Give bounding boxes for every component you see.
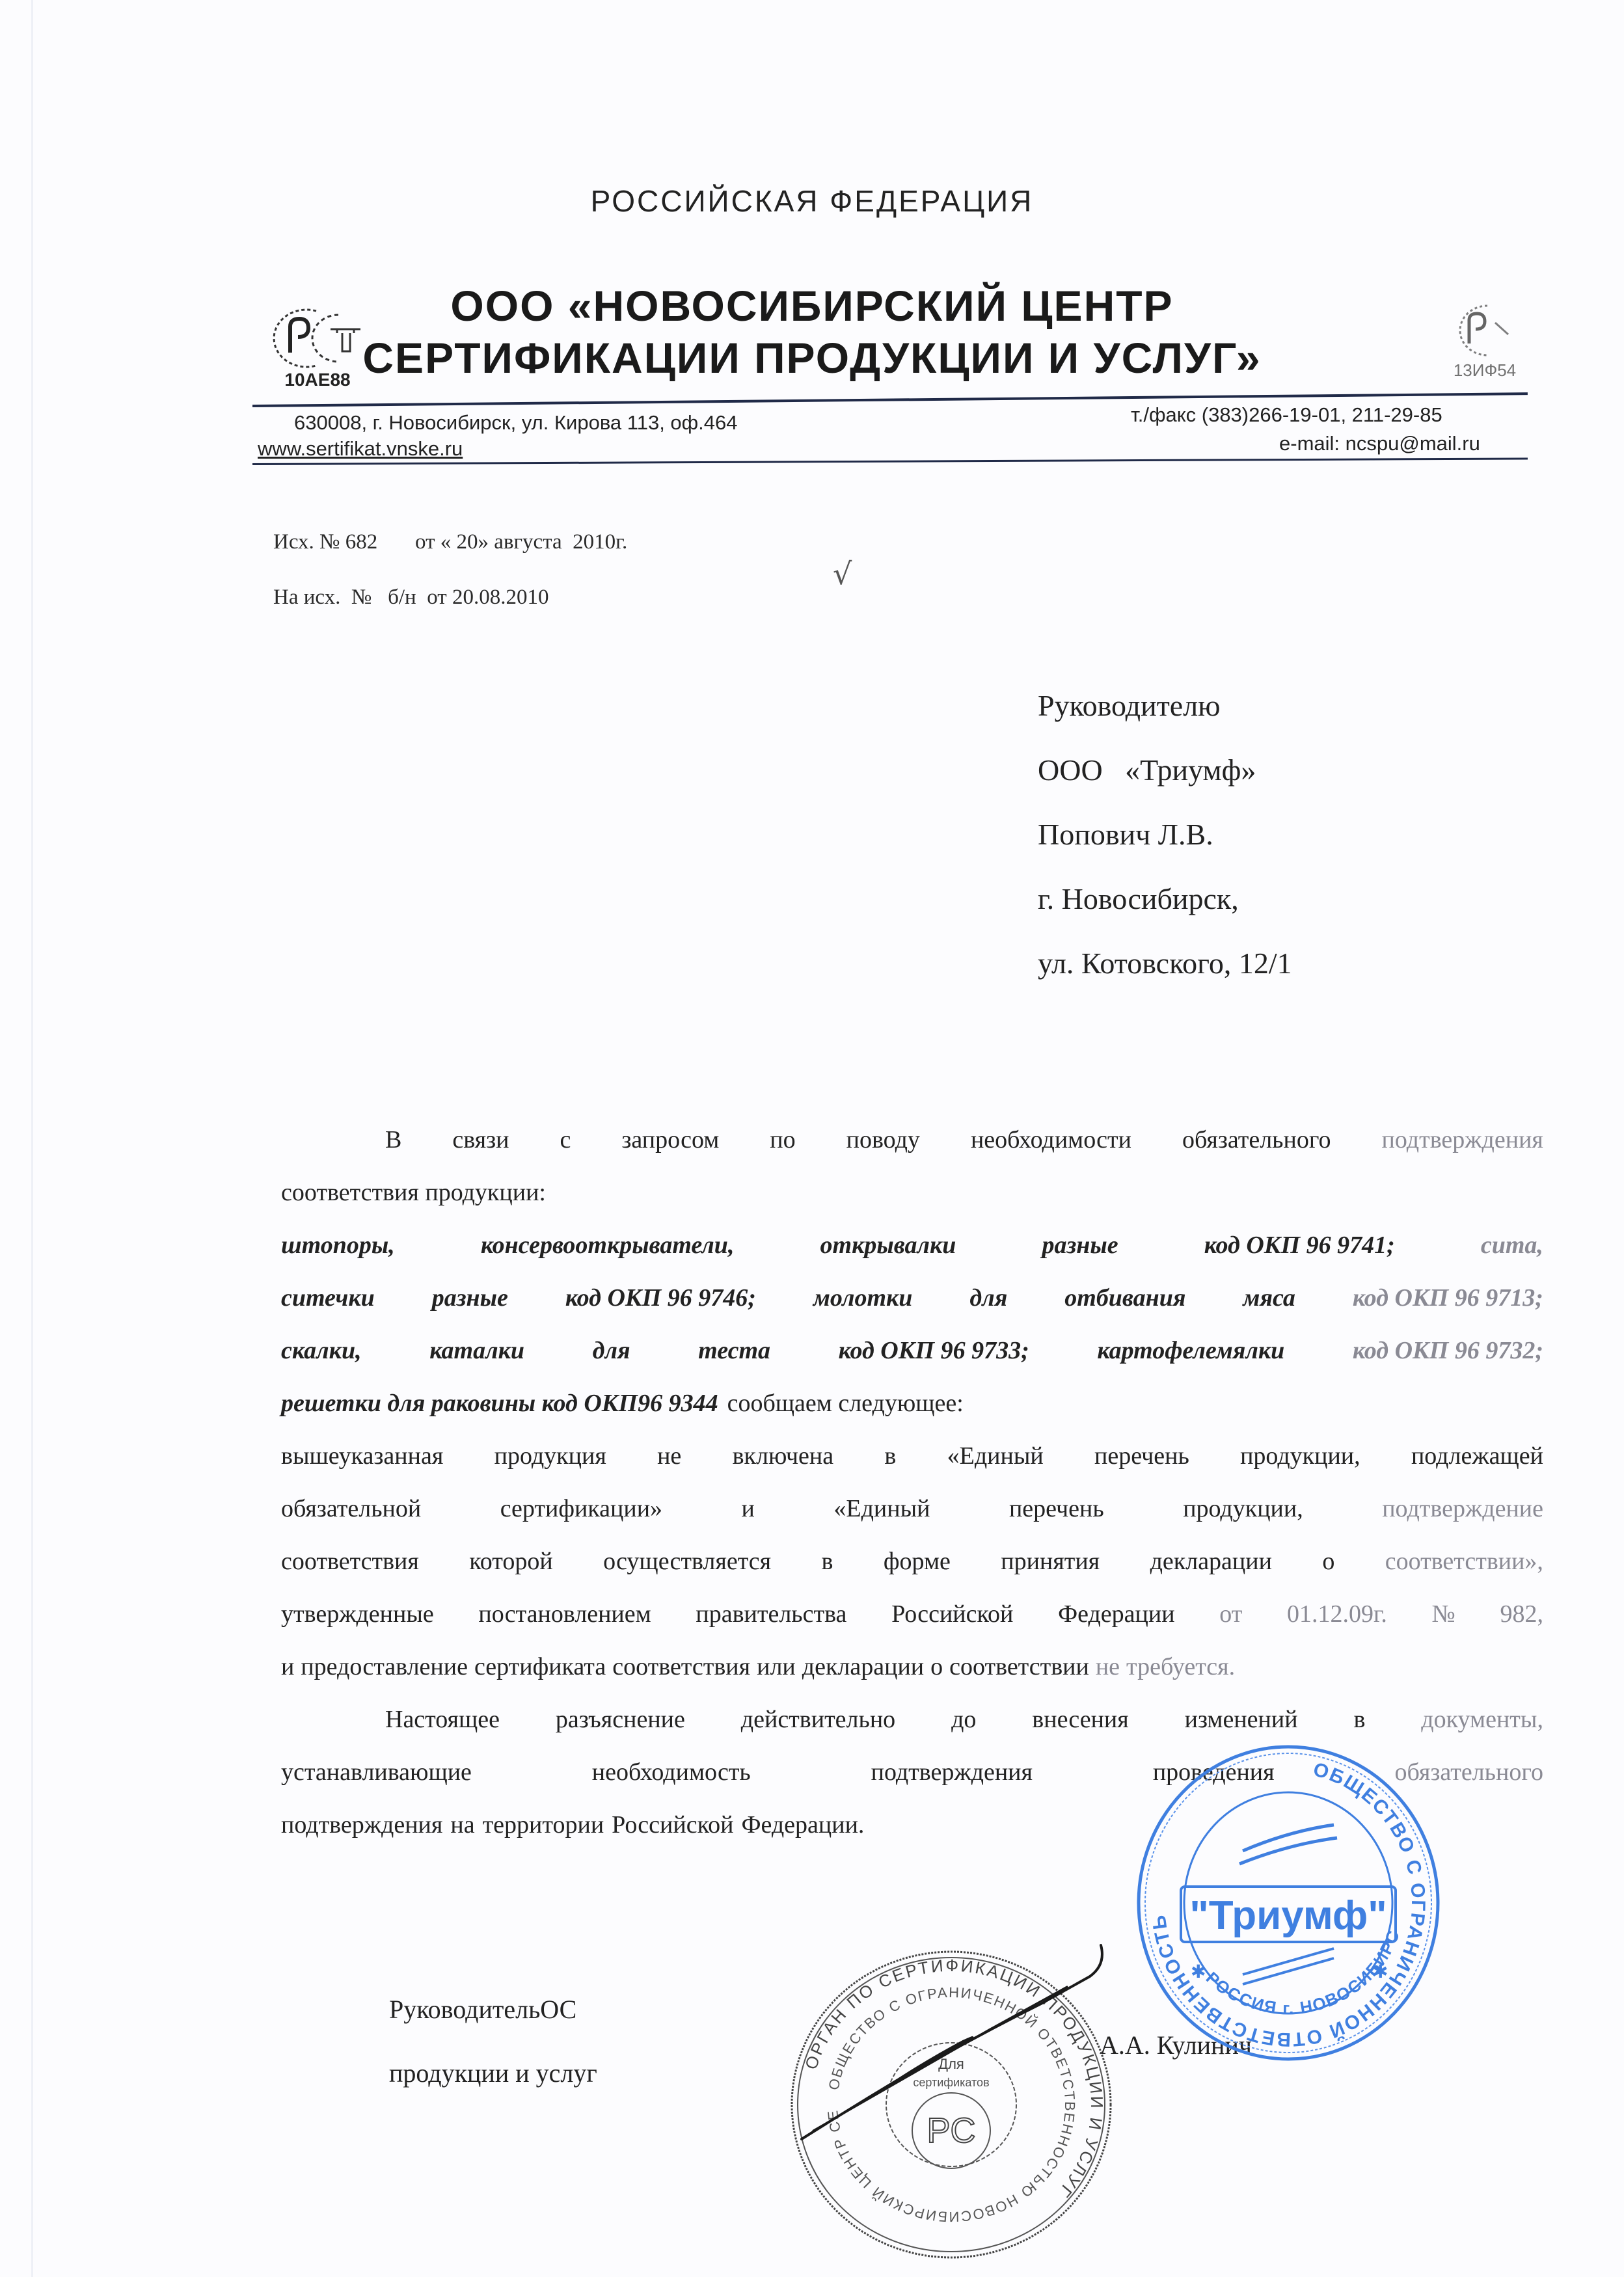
logo-left: 10АЕ88 [265,301,370,398]
addressee-line: ООО «Триумф» [1038,738,1292,802]
svg-text:"Триумф": "Триумф" [1189,1893,1387,1938]
addressee-line: Руководителю [1038,673,1292,738]
rst-certification-mark-icon [1439,291,1530,364]
organization-name-line2: СЕРТИФИКАЦИИ ПРОДУКЦИИ И УСЛУГ» [0,332,1624,384]
body-line: утвержденные постановлением правительств… [281,1588,1543,1641]
svg-text:✱: ✱ [1191,1962,1206,1982]
triumf-company-stamp: ОБЩЕСТВО С ОГРАНИЧЕННОЙ ОТВЕТСТВЕННОСТЬЮ… [1119,1727,1457,2066]
rst-certification-mark-icon [265,301,370,373]
svg-text:✱: ✱ [1373,1962,1388,1982]
product-line: скалки, каталки для теста код ОКП 96 973… [281,1325,1543,1377]
signatory-title-line1: РуководительОС [389,1978,597,2041]
addressee-line: ул. Котовского, 12/1 [1038,931,1292,995]
org-address: 630008, г. Новосибирск, ул. Кирова 113, … [294,411,738,435]
body-line: и предоставление сертификата соответстви… [281,1641,1543,1693]
product-line: ситечки разные код ОКП 96 9746; молотки … [281,1272,1543,1325]
org-phone-fax: т./факс (383)266-19-01, 211-29-85 [1131,403,1442,427]
country-heading: РОССИЙСКАЯ ФЕДЕРАЦИЯ [0,183,1624,219]
product-line: штопоры, консервооткрыватели, открывалки… [281,1219,1543,1272]
org-website-link[interactable]: www.sertifikat.vnske.ru [258,437,463,461]
in-reply-to-reference: На исх. № б/н от 20.08.2010 [273,586,548,610]
body-line: В связи с запросом по поводу необходимос… [281,1114,1543,1166]
organization-name: ООО «НОВОСИБИРСКИЙ ЦЕНТР СЕРТИФИКАЦИИ ПР… [0,280,1624,384]
outgoing-reference: Исх. № 682 от « 20» августа 2010г. [273,530,627,554]
body-line: соответствия которой осуществляется в фо… [281,1535,1543,1588]
product-line: решетки для раковины код ОКП96 9344 сооб… [281,1377,1543,1430]
addressee-line: Попович Л.В. [1038,802,1292,867]
signatory-title-line2: продукции и услуг [389,2041,597,2105]
logo-right: 13ИФ54 [1439,291,1530,389]
svg-text:РОССИЯ г. НОВОСИБИРСК: РОССИЯ г. НОВОСИБИРСК [1119,1727,1404,2018]
handwritten-check-icon: √ [833,556,852,591]
body-line: обязательной сертификации» и «Единый пер… [281,1483,1543,1535]
handwritten-signature [794,1932,1132,2147]
logo-left-code: 10АЕ88 [265,370,370,390]
body-line: вышеуказанная продукция не включена в «Е… [281,1430,1543,1483]
logo-right-code: 13ИФ54 [1439,360,1530,381]
addressee-block: Руководителю ООО «Триумф» Попович Л.В. г… [1038,673,1292,995]
round-seal-icon: ОБЩЕСТВО С ОГРАНИЧЕННОЙ ОТВЕТСТВЕННОСТЬЮ… [1119,1727,1457,2066]
addressee-line: г. Новосибирск, [1038,867,1292,931]
org-email[interactable]: e-mail: ncspu@mail.ru [1279,432,1480,455]
body-line: соответствия продукции: [281,1166,1543,1219]
signatory-title: РуководительОС продукции и услуг [389,1978,597,2105]
organization-name-line1: ООО «НОВОСИБИРСКИЙ ЦЕНТР [0,280,1624,332]
